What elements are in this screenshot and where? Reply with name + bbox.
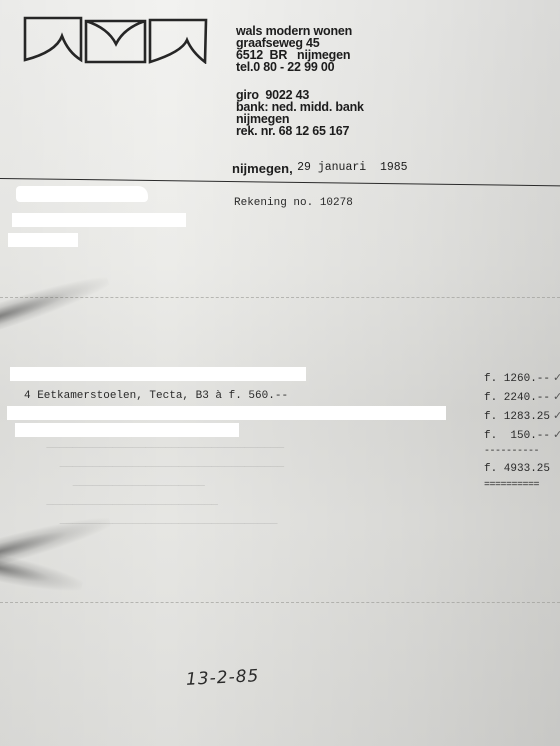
paper-fold-line bbox=[0, 602, 560, 605]
show-through-text: ──────────────────────────────────── ───… bbox=[20, 440, 284, 535]
invoice-item-line: 4 Eetkamerstoelen, Tecta, B3 à f. 560.-- bbox=[24, 390, 288, 402]
redacted-block bbox=[16, 186, 148, 202]
company-phone: tel.0 80 - 22 99 00 bbox=[236, 61, 364, 73]
invoice-date: 29 januari 1985 bbox=[297, 161, 407, 174]
amount-row: f. 2240.--✓ bbox=[484, 388, 560, 407]
subtotal-separator: ---------- bbox=[484, 445, 560, 459]
redacted-block bbox=[10, 367, 306, 381]
invoice-total: f. 4933.25 bbox=[484, 459, 560, 479]
invoice-reference: Rekening no. 10278 bbox=[234, 197, 353, 209]
redacted-block bbox=[7, 406, 446, 420]
company-logo-icon bbox=[20, 16, 210, 64]
handwritten-date-note: 13-2-85 bbox=[186, 666, 260, 690]
date-line: nijmegen, 29 januari 1985 bbox=[232, 160, 408, 178]
amounts-column: f. 1260.--✓ f. 2240.--✓ f. 1283.25✓ f. 1… bbox=[484, 369, 560, 493]
date-place: nijmegen, bbox=[232, 161, 293, 176]
checkmark-icon: ✓ bbox=[553, 410, 560, 422]
amount-row: f. 1260.--✓ bbox=[484, 369, 560, 388]
company-letterhead: wals modern wonen graafseweg 45 6512 BR … bbox=[236, 25, 364, 137]
checkmark-icon: ✓ bbox=[553, 372, 560, 384]
company-account-number: rek. nr. 68 12 65 167 bbox=[236, 125, 364, 137]
redacted-block bbox=[15, 423, 239, 437]
total-underline: ========== bbox=[484, 479, 560, 493]
amount-row: f. 150.--✓ bbox=[484, 426, 560, 445]
redacted-block bbox=[12, 213, 186, 227]
checkmark-icon: ✓ bbox=[553, 391, 560, 403]
amount-row: f. 1283.25✓ bbox=[484, 407, 560, 426]
checkmark-icon: ✓ bbox=[553, 429, 560, 441]
redacted-block bbox=[8, 233, 78, 247]
